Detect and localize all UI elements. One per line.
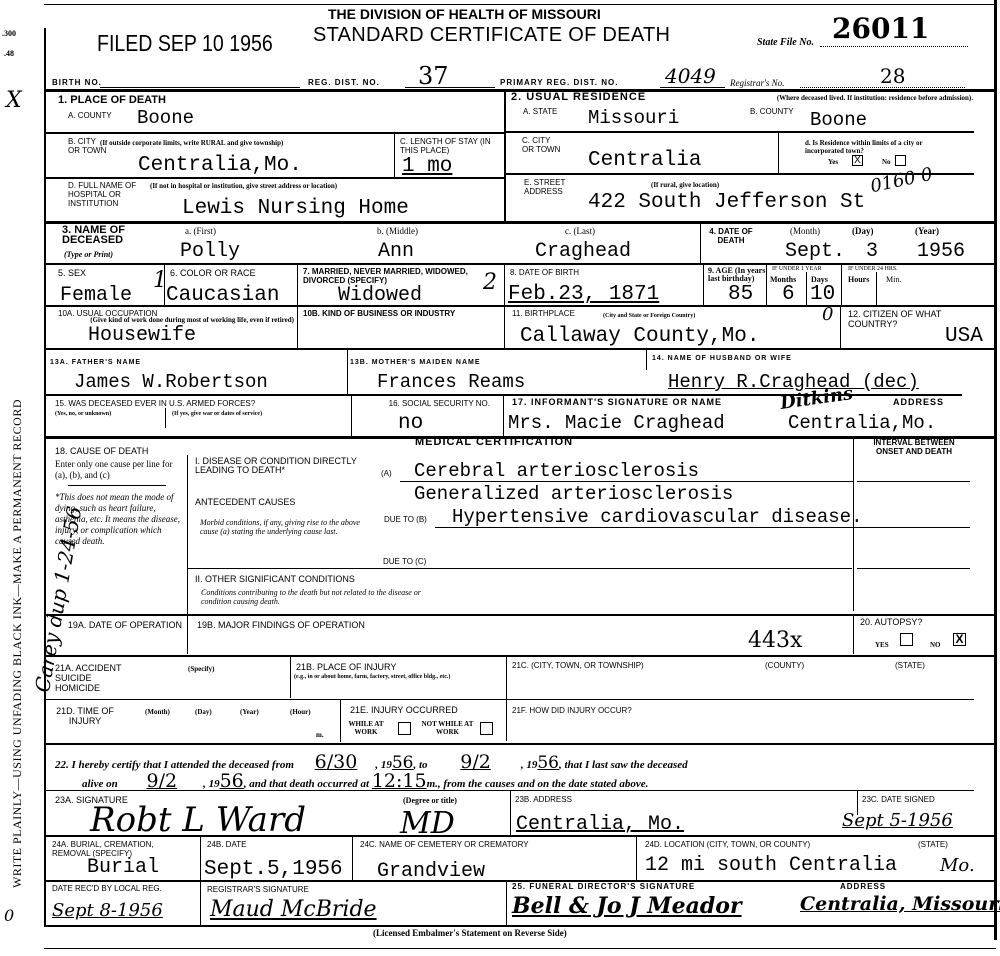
death-city-value: Centralia,Mo. — [138, 156, 302, 176]
institution-note: (If not in hospital or institution, give… — [150, 182, 337, 190]
middle-name-value: Ann — [378, 242, 414, 262]
physician-signature: Robt L Ward — [90, 800, 306, 840]
residence-street-value: 422 South Jefferson St — [588, 193, 865, 213]
business-label: 10b. KIND OF BUSINESS OR INDUSTRY — [303, 309, 493, 319]
residence-annotation: 0160 0 — [869, 164, 935, 198]
primary-reg-number: 4049 — [665, 64, 716, 88]
citizen-value: USA — [945, 327, 983, 347]
sex-label: 5. SEX — [58, 268, 86, 278]
injury-state-label: (STATE) — [895, 661, 925, 671]
time-year-label: (Year) — [240, 708, 259, 716]
cemetery-value: Grandview — [377, 862, 485, 882]
ssn-value: no — [398, 414, 423, 434]
last-name-label: c. (Last) — [565, 226, 595, 236]
cause-b-value: Hypertensive cardiovascular disease. — [452, 507, 862, 527]
occupation-value: Housewife — [88, 326, 196, 346]
burial-date-value: Sept.5,1956 — [204, 860, 343, 880]
operation-date-label: 19a. DATE OF OPERATION — [52, 620, 182, 630]
race-label: 6. COLOR OR RACE — [170, 268, 256, 278]
injury-occurred-label: 21e. INJURY OCCURRED — [350, 705, 458, 715]
place-injury-note: (e.g., in or about home, farm, factory, … — [294, 673, 494, 681]
date-received-label: DATE REC'D BY LOCAL REG. — [52, 884, 192, 893]
limits-no-checkbox[interactable] — [895, 155, 906, 166]
deceased-name-label: 3. NAME OF DECEASED — [62, 225, 144, 245]
death-month-label: (Month) — [790, 226, 820, 236]
autopsy-label: 20. AUTOPSY? — [860, 617, 922, 627]
mother-value: Frances Reams — [377, 372, 525, 392]
death-county-value: Boone — [137, 108, 194, 128]
min-label: Min. — [886, 276, 901, 284]
residence-county-label: b. COUNTY — [750, 107, 794, 117]
place-of-death-label: 1. PLACE OF DEATH — [58, 95, 166, 105]
state-file-label: State File No. — [757, 38, 814, 48]
embalmer-note: (Licensed Embalmer's Statement on Revers… — [373, 929, 567, 937]
burial-state-label: (State) — [918, 840, 948, 850]
residence-city-value: Centralia — [588, 151, 701, 171]
agency-heading: THE DIVISION OF HEALTH OF MISSOURI — [328, 6, 601, 22]
marital-value: Widowed — [338, 286, 422, 306]
form-left-border — [44, 28, 46, 926]
form-top-border — [44, 4, 996, 5]
length-of-stay-label: c. LENGTH OF STAY (in this place) — [400, 137, 496, 155]
birthplace-value: Callaway County,Mo. — [520, 327, 759, 347]
margin-bottom-mark: 0 — [4, 906, 14, 925]
cause-a-marker: (a) — [381, 469, 392, 479]
residence-street-label: e. STREET ADDRESS — [524, 178, 579, 196]
reg-dist-number: 37 — [418, 62, 449, 90]
form-right-border — [994, 0, 997, 940]
marital-label: 7. MARRIED, NEVER MARRIED, WIDOWED, DIVO… — [303, 267, 493, 285]
operation-findings-label: 19b. MAJOR FINDINGS OF OPERATION — [197, 620, 365, 630]
institution-label: d. FULL NAME OF HOSPITAL OR INSTITUTION — [68, 181, 146, 208]
physician-address-label: 23b. ADDRESS — [515, 795, 572, 805]
residence-state-label: a. STATE — [523, 107, 557, 117]
funeral-address-value: Centralia, Missouri — [800, 893, 1000, 915]
filed-stamp: FILED SEP 10 1956 — [97, 30, 273, 57]
death-year-value: 1956 — [917, 242, 965, 262]
while-at-work-checkbox[interactable] — [398, 722, 411, 735]
state-file-number: 26011 — [832, 12, 929, 45]
birthplace-label: 11. BIRTHPLACE — [512, 309, 575, 319]
last-seen-alive-date: 9/2 — [121, 770, 204, 792]
due-to-b-label: DUE TO (b) — [384, 515, 427, 525]
armed-forces-note-1: (Yes, no, or unknown) — [55, 410, 111, 418]
injury-county-label: (COUNTY) — [765, 661, 804, 671]
limits-no-label: No — [882, 158, 891, 166]
death-day-value: 3 — [866, 242, 878, 262]
burial-date-label: 24b. DATE — [207, 840, 246, 850]
deceased-name-note: (Type or Print) — [64, 250, 113, 260]
certificate-title: STANDARD CERTIFICATE OF DEATH — [313, 24, 670, 47]
death-county-label: a. COUNTY — [68, 111, 112, 121]
time-injury-label: 21d. TIME OF INJURY — [55, 706, 115, 726]
autopsy-no-checkbox[interactable]: X — [953, 633, 966, 646]
medical-heading: MEDICAL CERTIFICATION — [415, 437, 573, 447]
middle-name-label: b. (Middle) — [377, 226, 418, 236]
margin-x-mark: X — [6, 88, 22, 113]
residence-county-value: Boone — [810, 110, 867, 130]
injury-city-label: 21c. (CITY, TOWN, OR TOWNSHIP) — [512, 661, 644, 671]
days-value: 10 — [810, 285, 835, 305]
first-name-label: a. (First) — [185, 226, 216, 236]
time-month-label: (Month) — [145, 708, 170, 716]
mother-label: 13b. MOTHER'S MAIDEN NAME — [350, 358, 481, 368]
residence-street-note: (If rural, give location) — [651, 181, 719, 189]
primary-reg-label: PRIMARY REG. DIST. NO. — [500, 78, 618, 88]
time-day-label: (Day) — [195, 708, 212, 716]
disease-condition-label: I. DISEASE OR CONDITION DIRECTLY LEADING… — [195, 457, 370, 475]
last-seen-alive-year: 56 — [220, 770, 244, 792]
father-value: James W.Robertson — [74, 372, 268, 392]
accident-label: 21a. ACCIDENT SUICIDE HOMICIDE — [55, 663, 130, 693]
operation-code: 443x — [748, 628, 802, 653]
time-hour-label: (Hour) — [290, 708, 311, 716]
residence-city-label: c. CITY OR TOWN — [522, 136, 562, 154]
funeral-director-label: 25. FUNERAL DIRECTOR'S SIGNATURE — [512, 882, 695, 892]
margin-number-1: .300 — [2, 30, 16, 38]
under-1-year-label: IF UNDER 1 YEAR — [772, 265, 822, 273]
death-year-label: (Year) — [915, 226, 939, 236]
birth-date-label: 8. DATE OF BIRTH — [510, 268, 579, 278]
registrar-signature-label: REGISTRAR'S SIGNATURE — [207, 885, 309, 895]
last-name-value: Craghead — [535, 242, 631, 262]
cause-of-death-label: 18. CAUSE OF DEATH — [55, 446, 148, 456]
cause-footnote: *This does not mean the mode of dying, s… — [55, 492, 185, 547]
other-conditions-label: II. OTHER SIGNIFICANT CONDITIONS — [195, 574, 355, 584]
time-m-label: m. — [316, 731, 324, 739]
accident-specify-label: (Specify) — [188, 665, 214, 673]
age-value: 85 — [728, 285, 753, 305]
birthplace-note: (City and State or Foreign Country) — [603, 312, 695, 320]
limits-yes-checkbox[interactable]: X — [852, 155, 863, 166]
date-received-value: Sept 8-1956 — [52, 900, 163, 921]
first-name-value: Polly — [180, 242, 240, 262]
death-city-note: (If outside corporate limits, write RURA… — [100, 139, 283, 147]
place-injury-label: 21b. PLACE OF INJURY — [296, 662, 396, 672]
spouse-label: 14. NAME OF HUSBAND OR WIFE — [652, 354, 792, 364]
informant-label: 17. INFORMANT'S SIGNATURE OR NAME — [512, 397, 722, 407]
other-conditions-note: Conditions contributing to the death but… — [201, 588, 431, 606]
death-day-label: (Day) — [852, 226, 874, 236]
registrar-signature: Maud McBride — [210, 897, 377, 922]
race-value: Caucasian — [166, 286, 279, 306]
institution-value: Lewis Nursing Home — [182, 199, 409, 219]
certification-line-2: alive on 9/2, 1956, and that death occur… — [82, 770, 648, 792]
under-1-day-label: IF UNDER 24 HRS. — [848, 265, 898, 273]
burial-location-value: 12 mi south Centralia — [645, 856, 897, 876]
reg-dist-label: REG. DIST. NO. — [308, 78, 380, 88]
physician-address-value: Centralia, Mo. — [516, 815, 684, 835]
informant-address-label: ADDRESS — [893, 397, 944, 407]
cemetery-label: 24c. NAME OF CEMETERY OR CREMATORY — [360, 840, 529, 850]
not-while-at-work-label: NOT WHILE AT WORK — [420, 720, 475, 736]
how-injury-label: 21f. HOW DID INJURY OCCUR? — [512, 706, 632, 716]
burial-location-state: Mo. — [940, 855, 975, 876]
residence-state-value: Missouri — [588, 108, 679, 128]
cause-a2-value: Generalized arteriosclerosis — [414, 484, 733, 504]
registrar-number: 28 — [880, 64, 905, 88]
birthplace-mark: 0 — [822, 304, 833, 325]
funeral-director-signature: Bell & Jo J Meador — [512, 893, 742, 919]
informant-address-value: Centralia,Mo. — [788, 413, 936, 433]
informant-name-value: Mrs. Macie Craghead — [508, 413, 725, 433]
burial-location-label: 24d. LOCATION (City, town, or county) — [645, 840, 810, 850]
armed-forces-note-2: (If yes, give war or dates of service) — [172, 410, 262, 418]
due-to-c-label: DUE TO (c) — [383, 557, 426, 567]
armed-forces-label: 15. WAS DECEASED EVER IN U.S. ARMED FORC… — [55, 399, 255, 409]
time-of-death: 12:15 — [372, 770, 427, 792]
degree-label: (Degree or title) — [403, 797, 457, 805]
usual-residence-note: (Where deceased lived. If institution: r… — [668, 94, 973, 102]
date-signed-label: 23c. DATE SIGNED — [862, 795, 935, 805]
ssn-label: 16. SOCIAL SECURITY NO. — [360, 399, 490, 408]
antecedent-causes-label: ANTECEDENT CAUSES — [195, 497, 295, 507]
death-month-value: Sept. — [785, 242, 845, 262]
autopsy-yes-label: YES — [875, 641, 889, 649]
limits-yes-label: Yes — [828, 158, 838, 166]
age-label: 9. AGE (In years last birthday) — [708, 267, 768, 283]
birth-date-value: Feb.23, 1871 — [508, 285, 659, 305]
autopsy-yes-checkbox[interactable] — [900, 633, 913, 646]
months-value: 6 — [782, 285, 795, 305]
date-of-death-label: 4. DATE OF DEATH — [706, 227, 756, 245]
not-while-at-work-checkbox[interactable] — [480, 722, 493, 735]
hours-label: Hours — [848, 276, 869, 284]
birth-no-label: BIRTH NO. — [52, 78, 102, 88]
father-label: 13a. FATHER'S NAME — [50, 358, 141, 368]
margin-number-2: .48 — [4, 50, 14, 58]
occupation-note: (Give kind of work done during most of w… — [64, 316, 294, 324]
spouse-value: Henry R.Craghead (dec) — [668, 372, 919, 392]
date-signed-value: Sept 5-1956 — [842, 810, 953, 831]
cause-of-death-note: Enter only one cause per line for (a), (… — [55, 459, 185, 481]
residence-limits-label: d. Is Residence within limits of a city … — [805, 139, 955, 155]
marital-mark: 2 — [483, 270, 497, 295]
antecedent-note: Morbid conditions, if any, giving rise t… — [200, 518, 380, 536]
length-of-stay-value: 1 mo — [402, 157, 452, 177]
sex-value: Female — [60, 286, 132, 306]
registrar-no-label: Registrar's No. — [730, 78, 784, 88]
vertical-instruction: WRITE PLAINLY—USING UNFADING BLACK INK—M… — [10, 399, 25, 888]
interval-label: INTERVAL BETWEEN ONSET AND DEATH — [864, 438, 964, 456]
autopsy-no-label: NO — [930, 641, 941, 649]
burial-method-value: Burial — [87, 858, 159, 878]
while-at-work-label: WHILE AT WORK — [346, 720, 386, 736]
funeral-address-label: ADDRESS — [840, 882, 886, 892]
cause-a-value: Cerebral arteriosclerosis — [414, 461, 699, 481]
usual-residence-label: 2. USUAL RESIDENCE — [511, 92, 646, 102]
